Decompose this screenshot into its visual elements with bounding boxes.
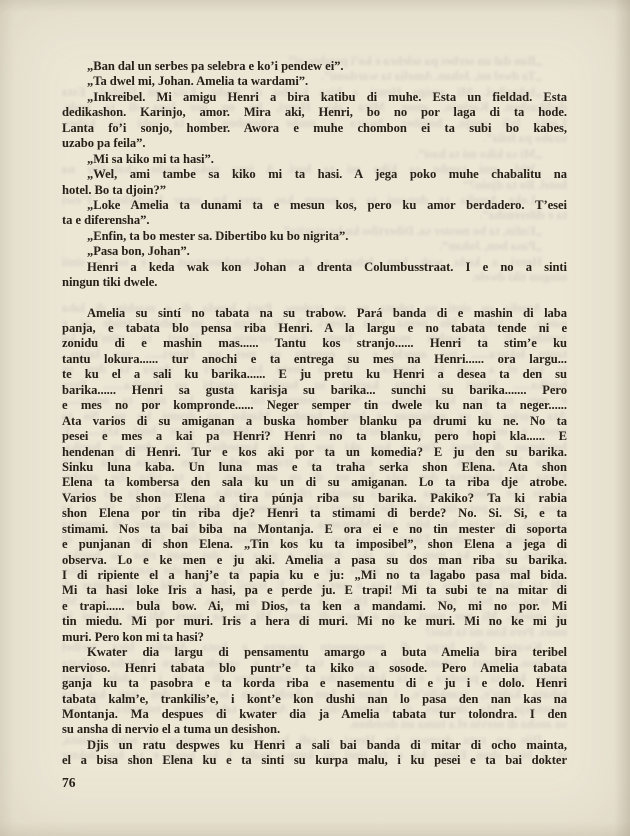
page-text-block: „Ban dal un serbes pa selebra e ko’i pen…	[62, 59, 567, 769]
text-line: muri. Pero kon mi ta hasi?	[62, 630, 567, 645]
text-line: Montanja. Ma despues di kwater dia ja Am…	[62, 707, 567, 722]
paragraph: „Ban dal un serbes pa selebra e ko’i pen…	[62, 59, 567, 291]
text-line: e mes no por kompronde...... Neger sempe…	[62, 398, 567, 413]
text-line: hotel. Bo ta djoin?”	[62, 183, 567, 198]
text-line: ningun tiki dwele.	[62, 275, 567, 290]
text-line: „Pasa bon, Johan”.	[62, 244, 567, 259]
text-line: ganja ku ta pasobra e ta korda riba e na…	[62, 676, 567, 691]
text-line: I di ripiente el a hanj’e ta papia ku e …	[62, 568, 567, 583]
text-line: „Wel, ami tambe sa kiko mi ta hasi. A je…	[62, 167, 567, 182]
text-line: „Ban dal un serbes pa selebra e ko’i pen…	[62, 59, 567, 74]
text-line: tin miedu. Mi por muri. Iris a hera di m…	[62, 614, 567, 629]
text-line: nervioso. Henri tabata blo puntr’e ta ki…	[62, 661, 567, 676]
text-line: Sinku luna kaba. Un luna mas e ta traha …	[62, 460, 567, 475]
text-line: Varios be shon Elena a tira púnja riba s…	[62, 491, 567, 506]
text-line: Ata varios di su amiganan a buska homber…	[62, 414, 567, 429]
text-line: dedikashon. Karinjo, amor. Mira aki, Hen…	[62, 105, 567, 120]
text-line: observa. Lo e ke men e ju aki. Amelia a …	[62, 553, 567, 568]
text-line: Henri a keda wak kon Johan a drenta Colu…	[62, 260, 567, 275]
text-line: hendenan di Henri. Tur e kos aki por ta …	[62, 445, 567, 460]
text-line: Kwater dia largu di pensamentu amargo a …	[62, 645, 567, 660]
scanned-book-page: { "document": { "page_number": "76", "pa…	[0, 0, 630, 836]
text-line: pesei e mes a kai pa Henri? Henri no ta …	[62, 429, 567, 444]
text-line: „Loke Amelia ta dunami ta e mesun kos, p…	[62, 198, 567, 213]
text-line: te ku el a sali ku barika...... E ju pre…	[62, 367, 567, 382]
text-line: shon Elena por tin riba dje? Henri ta st…	[62, 506, 567, 521]
text-line: uzabo pa feila”.	[62, 136, 567, 151]
text-line: Lanta fo’i sonjo, homber. Awora e muhe c…	[62, 121, 567, 136]
page-number: 76	[62, 775, 76, 791]
text-line: Mi ta hasi loke Iris a hasi, pa e perde …	[62, 583, 567, 598]
text-line: tabata kalm’e, trankilis’e, i kont’e kon…	[62, 692, 567, 707]
text-line: su ansha di nervio el a tuma un desishon…	[62, 722, 567, 737]
text-line: ta e diferensha”.	[62, 213, 567, 228]
text-line: „Mi sa kiko mi ta hasi”.	[62, 152, 567, 167]
text-line: e trapi...... bula bow. Ai, mi Dios, ta …	[62, 599, 567, 614]
text-line: zonidu di e mashin mas...... Tantu kos s…	[62, 336, 567, 351]
text-line: tantu lokura...... tur anochi e ta entre…	[62, 352, 567, 367]
paragraph: Amelia su sintí no tabata na su trabow. …	[62, 306, 567, 646]
text-line: „Ta dwel mi, Johan. Amelia ta wardami”.	[62, 74, 567, 89]
text-line: „Inkreibel. Mi amigu Henri a bira katibu…	[62, 90, 567, 105]
text-line: Amelia su sintí no tabata na su trabow. …	[62, 306, 567, 321]
text-line: stimami. Nos ta bai biba na Montanja. E …	[62, 522, 567, 537]
text-line: el a bisa shon Elena ku e ta sinti su ku…	[62, 753, 567, 768]
paragraph: Djis un ratu despwes ku Henri a sali bai…	[62, 738, 567, 769]
text-line: barika...... Henri sa gusta karisja su b…	[62, 383, 567, 398]
text-line: e punjanan di shon Elena. „Tin kos ku ta…	[62, 537, 567, 552]
paragraph: Kwater dia largu di pensamentu amargo a …	[62, 645, 567, 738]
text-line: panja, e tabata blo pensa riba Henri. A …	[62, 321, 567, 336]
text-line: Elena ta kombersa den sala ku un di su a…	[62, 475, 567, 490]
text-line: Djis un ratu despwes ku Henri a sali bai…	[62, 738, 567, 753]
text-line: „Enfin, ta bo mester sa. Dibertibo ku bo…	[62, 229, 567, 244]
